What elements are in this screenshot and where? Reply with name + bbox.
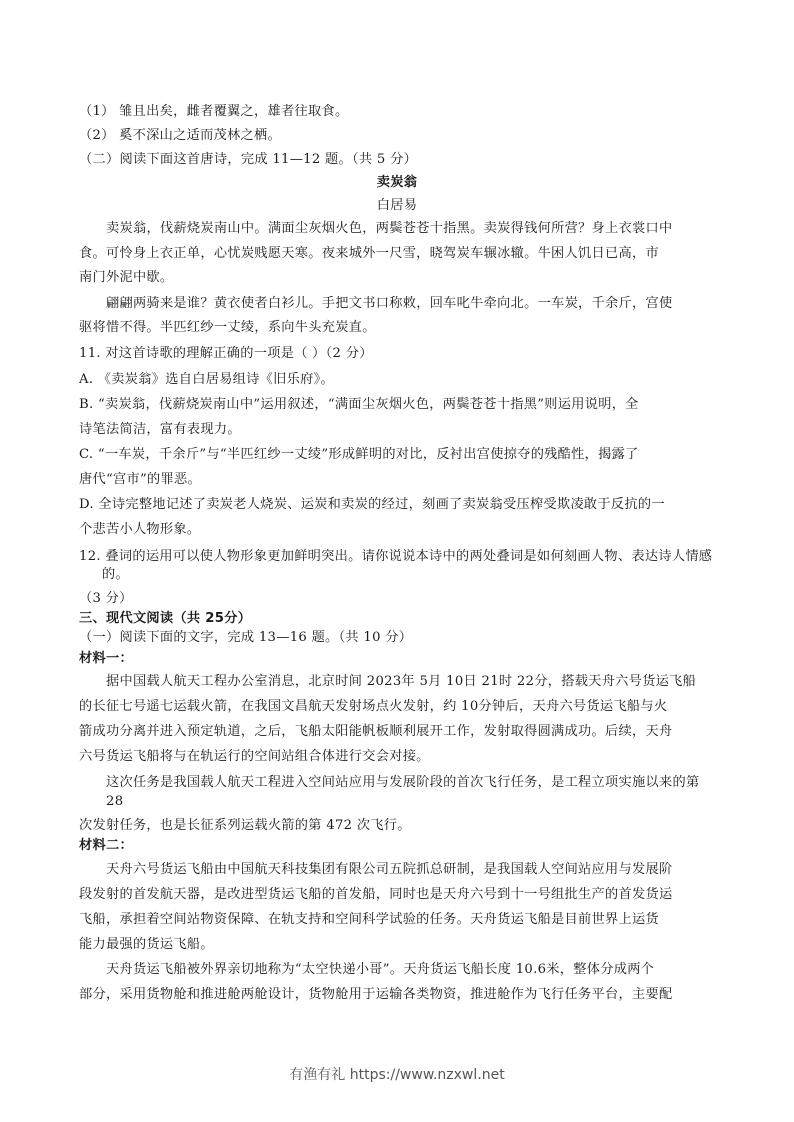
- material1-label: 材料一：: [79, 651, 133, 667]
- material1-line: 次发射任务，也是长征系列运载火箭的第 472 次飞行。: [79, 818, 411, 834]
- classical-item-2: （2） 奚不深山之适而茂林之栖。: [79, 128, 281, 144]
- q12-stem-cont: 的。: [102, 567, 129, 583]
- q11-option-b: B. “卖炭翁，伐薪烧炭南山中”运用叙述，“满面尘灰烟火色，两鬓苍苍十指黑”则运…: [79, 397, 639, 413]
- poem-line: 翩翩两骑来是谁？黄衣使者白衫儿。手把文书口称敕，回车叱牛牵向北。一车炭，千余斤，…: [106, 296, 672, 312]
- material2-line: 部分，采用货物舱和推进舱两舱设计，货物舱用于运输各类物资，推进舱作为飞行任务平台…: [79, 987, 672, 1003]
- q11-option-b-cont: 诗笔法简洁，富有表现力。: [79, 422, 241, 438]
- q11-option-d: D. 全诗完整地记述了卖炭老人烧炭、运炭和卖炭的经过，刻画了卖炭翁受压榨受欺凌敢…: [79, 497, 665, 513]
- material1-line: 六号货运飞船将与在轨运行的空间站组合体进行交会对接。: [79, 749, 430, 765]
- watermark-footer: 有渔有礼 https://www.nzxwl.net: [0, 1064, 794, 1084]
- material2-line: 能力最强的货运飞船。: [79, 937, 214, 953]
- material2-label: 材料二：: [79, 838, 133, 854]
- poem-line: 驱将惜不得。半匹红纱一丈绫，系向牛头充炭直。: [79, 320, 376, 336]
- q12-score: （3 分）: [79, 591, 133, 607]
- material1-line: 箭成功分离并进入预定轨道，之后，飞船太阳能帆板顺利展开工作，发射取得圆满成功。后…: [79, 724, 672, 740]
- poem-line: 卖炭翁，伐薪烧炭南山中。满面尘灰烟火色，两鬓苍苍十指黑。卖炭得钱何所营？身上衣裳…: [106, 221, 672, 237]
- q11-option-c: C. “一车炭，千余斤”与“半匹红纱一丈绫”形成鲜明的对比，反衬出宫使掠夺的残酷…: [79, 447, 639, 463]
- poem-title: 卖炭翁: [0, 175, 794, 191]
- q11-option-c-cont: 唐代“宫市”的罪恶。: [79, 472, 201, 488]
- q12-stem: 12. 叠词的运用可以使人物形象更加鲜明突出。请你说说本诗中的两处叠词是如何刻画…: [79, 549, 712, 565]
- material2-line: 天舟货运飞船被外界亲切地称为“太空快递小哥”。天舟货运飞船长度 10.6米，整体…: [106, 962, 654, 978]
- section3-heading: 三、现代文阅读（共 25分）: [79, 611, 251, 627]
- poem-line: 南门外泥中歇。: [79, 270, 173, 286]
- section3-subheading: （一）阅读下面的文字，完成 13—16 题。（共 10 分）: [79, 630, 412, 646]
- q11-option-d-cont: 个悲苦小人物形象。: [79, 522, 200, 538]
- q11-option-a: A. 《卖炭翁》选自白居易组诗《旧乐府》。: [79, 372, 334, 388]
- classical-item-1: （1） 雏且出矣，雌者覆翼之，雄者往取食。: [79, 104, 348, 120]
- material2-line: 天舟六号货运飞船由中国航天科技集团有限公司五院抓总研制，是我国载人空间站应用与发…: [106, 862, 672, 878]
- material1-line: 这次任务是我国载人航天工程进入空间站应用与发展阶段的首次飞行任务，是工程立项实施…: [106, 775, 699, 791]
- material1-line: 据中国载人航天工程办公室消息，北京时间 2023年 5月 10日 21时 22分…: [106, 674, 696, 690]
- material1-line: 28: [106, 794, 123, 810]
- poem-line: 食。可怜身上衣正单，心忧炭贱愿天寒。夜来城外一尺雪，晓驾炭车辗冰辙。牛困人饥日已…: [79, 246, 659, 262]
- material2-line: 段发射的首发航天器，是改进型货运飞船的首发船，同时也是天舟六号到十一号组批生产的…: [79, 887, 672, 903]
- section2-heading: （二）阅读下面这首唐诗，完成 11—12 题。（共 5 分）: [79, 152, 417, 168]
- poem-author: 白居易: [0, 198, 794, 214]
- q11-stem: 11. 对这首诗歌的理解正确的一项是（ ）（2 分）: [79, 346, 373, 362]
- material2-line: 飞船，承担着空间站物资保障、在轨支持和空间科学试验的任务。天舟货运飞船是目前世界…: [79, 912, 659, 928]
- material1-line: 的长征七号遥七运载火箭，在我国文昌航天发射场点火发射，约 10分钟后，天舟六号货…: [79, 699, 667, 715]
